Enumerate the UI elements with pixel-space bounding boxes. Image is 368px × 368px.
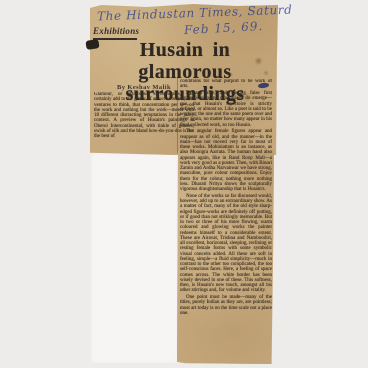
- right-column-paragraph: None of the works so far discussed would…: [180, 194, 272, 294]
- right-column-paragraph: At any rate, and barring false first imp…: [180, 91, 272, 128]
- section-kicker: Exhibitions: [93, 26, 139, 36]
- headline-line1: Husain in glamorous: [138, 39, 231, 83]
- paper-stain: [263, 70, 269, 76]
- paper-stain: [254, 57, 263, 65]
- paper-stain: [228, 72, 233, 77]
- right-column: conditions for what purport to be work o…: [180, 79, 272, 363]
- right-column-paragraph: The angular female figures appear and re…: [180, 129, 272, 192]
- ink-blot: [85, 39, 99, 50]
- paper-stain: [240, 92, 254, 102]
- column-rule: [177, 78, 178, 155]
- left-column-paragraph: Glamour, or glamorous surroundings, will…: [94, 92, 194, 139]
- left-column: Glamour, or glamorous surroundings, will…: [94, 92, 194, 155]
- backing-sheet: [91, 153, 178, 363]
- scanned-clipping-photo: The Hindustan Times, Saturd Feb 15, 69. …: [0, 0, 368, 368]
- right-column-paragraph: One point must be made—many of the title…: [180, 295, 272, 316]
